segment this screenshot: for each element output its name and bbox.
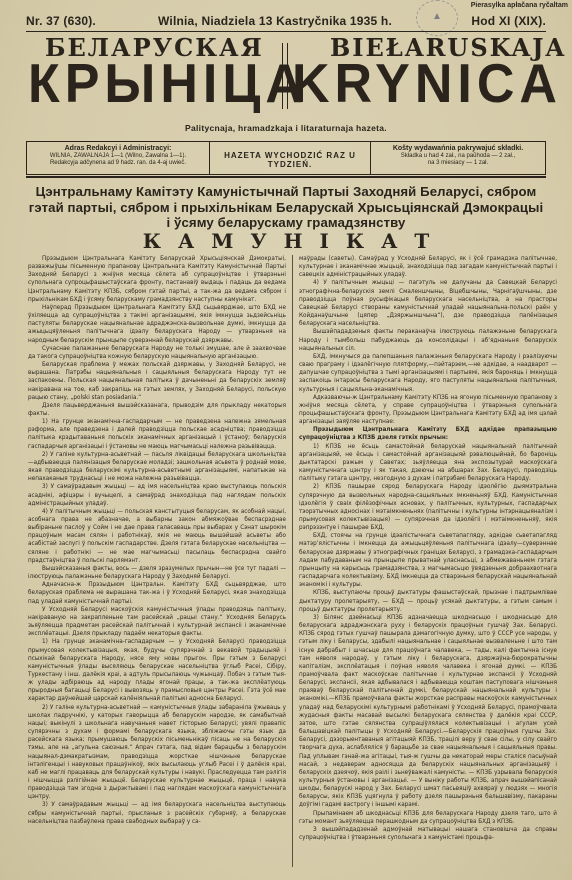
masthead-divider [282,43,288,109]
cost-line: Składka u had 4 zał., na paŭhoda — 2 zał… [371,153,545,161]
postage-note: Pierasylka apłačana ryčaltam [444,2,568,9]
article-paragraph: Вышэйсказаныя факты, вось — дзеля зразум… [28,565,286,581]
article-paragraph: Наўперад Прэзыдыюм Цэнтральнага Камітэту… [28,304,286,345]
masthead-rule [26,176,546,178]
article-paragraph: БХД, імкнучыся да палепшаньня палажэньня… [299,353,557,394]
frequency-cell: HAZETA WYCHODZIĆ RAZ U TYDZIEŃ. [210,142,371,174]
article-paragraph: Прыпамінаем аб шкоднасьці КПЗБ для белар… [299,810,557,826]
article-paragraph: Прэзыдыюм Цэнтральнага Камітэту БХД адкі… [299,426,557,442]
article-paragraph: 4) У палітычным жыцьці — пагэтуль не дал… [299,279,557,328]
article-column-left: Прэзыдыюм Цэнтральнага Камітэту Беларуск… [28,255,286,826]
masthead: БЕЛАРУСКАЯ КРЫНІЦА BIEŁARUSKAJA KRYNICA [20,33,555,123]
info-box: Adras Redakcyi i Administracyi: WILNIA, … [26,141,546,175]
headline-line: Цэнтральнаму Камітэту Камуністычнай Парт… [24,184,548,200]
office-hours: Redakcyja adčynena ad 9 hadz. ran. da 4-… [27,160,209,168]
address-title: Adras Redakcyi i Administracyi: [27,145,209,153]
article-paragraph: Прэзыдыюм Цэнтральнага Камітэту Беларуск… [28,255,286,304]
article-paragraph: 1) На грунце эканамічна-гаспадарчым — не… [28,418,286,451]
masthead-latin-line2: KRYNICA [292,54,562,115]
article-headline: Цэнтральнаму Камітэту Камуністычнай Парт… [24,184,548,231]
article-paragraph: Дзеля пацьверджаньня вышэйсказанага, пры… [28,402,286,418]
article-paragraph: 2) У галіне культурна-асьветнай — камуні… [28,704,286,802]
article-paragraph: Вышэйпададзеныя факты пераканаўча ілюстр… [299,328,557,352]
issue-bar: Nr. 37 (630). Wilnia, Niadziela 13 Kastr… [26,12,546,32]
article-paragraph: Сучаснае палажэньне беларускага Народу н… [28,345,286,361]
article-paragraph: 4) У палітычным жыцьці — польская кансты… [28,508,286,565]
newspaper-page: ▲ Pierasylka apłačana ryčaltam Nr. 37 (6… [0,0,572,880]
column-divider [292,255,293,867]
article-paragraph: Беларуская праблема ў межах польскай дзя… [28,361,286,402]
article-title: КАМУНІКАТ [0,229,572,253]
article-paragraph: 3) Білянс дзейнасьці КПЗБ адзначаецца шк… [299,614,557,810]
cost-line: na 3 miesiacy — 1 zał. [371,160,545,168]
article-paragraph: Адказваючы-ж Цэнтральнаму Камітэту КПЗБ … [299,394,557,427]
article-paragraph: 2) У галіне культурна-асьветнай — пасьля… [28,451,286,484]
issue-date: Wilnia, Niadziela 13 Kastryčnika 1935 h. [158,14,392,28]
article-column-right: маўрады (саветы). Самаўрад у Усходняй Бе… [299,255,557,842]
publication-year: Hod XI (XIX). [471,14,546,28]
article-paragraph: Адначасна-ж Прэзыдыюм Цэнтральн. Камітэт… [28,581,286,605]
masthead-subtitle: Palitycnaja, hramadzkaja i litaraturnaja… [0,123,572,133]
masthead-cyrillic-line2: КРЫНІЦА [28,54,308,115]
article-paragraph: маўрады (саветы). Самаўрад у Усходняй Бе… [299,255,557,279]
article-paragraph: КПЗБ, выступаючы процьў дыктатуры фашыст… [299,589,557,613]
article-paragraph: 1) На грунце эканамічна-гаспадарчым — у … [28,638,286,703]
issue-number: Nr. 37 (630). [26,14,96,28]
article-paragraph: 1) КПЗБ не ёсьць самастойнай беларускай … [299,443,557,484]
headline-line: гэтай партыі, сябром і прыхільнікам Бела… [24,200,548,216]
article-paragraph: 3) У самаўрадавым жыцьці — ад імя белару… [28,801,286,825]
article-paragraph: 3) У самаўрадавым жыцьці — ад імя насель… [28,483,286,507]
article-paragraph: З вышэйпададзенай адмоўнай матывацыі наш… [299,826,557,842]
cost-cell: Košty wydawańnia pakrywajuć składki. Skł… [371,142,545,174]
article-paragraph: У Усходняй Беларусі маскоўскія камуністы… [28,606,286,639]
cost-title: Košty wydawańnia pakrywajuć składki. [371,145,545,153]
address-line: WILNIA, ZAWALNAJA 1—1 (Wilno, Zawalna 1—… [27,153,209,161]
article-paragraph: 2) КПЗБ пашырае сярод беларускага Народу… [299,483,557,532]
address-cell: Adras Redakcyi i Administracyi: WILNIA, … [27,142,210,174]
article-paragraph: БХД, стоячы на грунце ідэалістычнага сьв… [299,532,557,589]
